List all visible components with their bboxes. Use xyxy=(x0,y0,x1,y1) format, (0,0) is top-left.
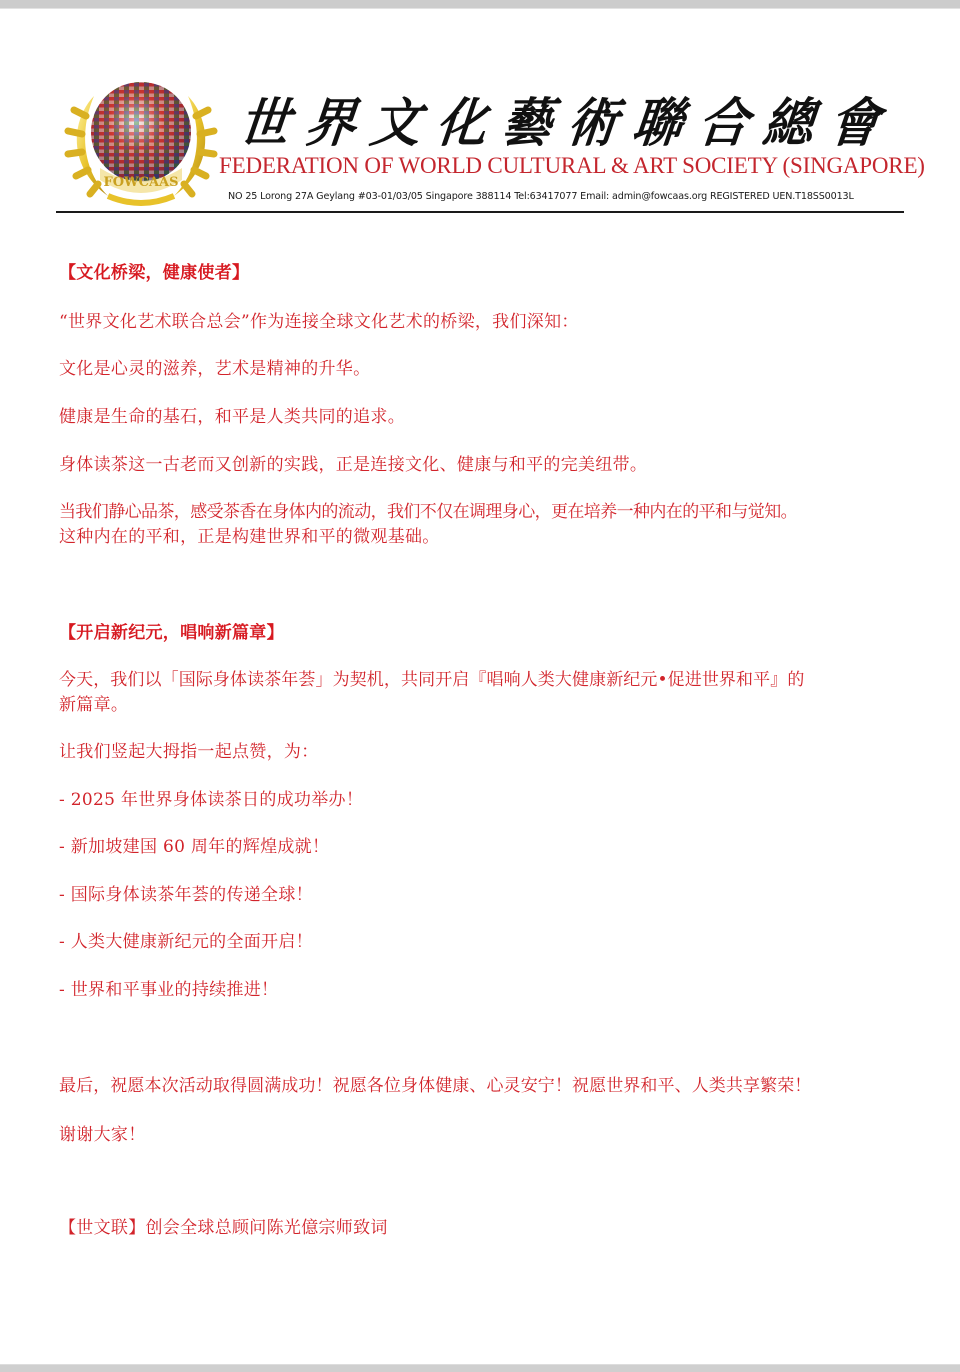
paragraph: “世界文化艺术联合总会”作为连接全球文化艺术的桥梁，我们深知： xyxy=(59,310,579,334)
section-heading-cultural-bridge: 【文化桥梁，健康使者】 xyxy=(59,261,249,285)
chinese-org-name: 世 界 文 化 藝 術 聯 合 總 會 xyxy=(240,86,880,152)
fowcaas-logo: FOWCAAS xyxy=(64,76,218,210)
org-tag: 【世文联】 xyxy=(59,1218,146,1238)
bottom-scroll-edge xyxy=(0,1364,960,1372)
paragraph: 身体读茶这一古老而又创新的实践，正是连接文化、健康与和平的完美纽带。 xyxy=(59,453,647,477)
paragraph: 文化是心灵的滋养，艺术是精神的升华。 xyxy=(59,357,370,381)
globe-wreath-icon: FOWCAAS xyxy=(64,76,218,210)
english-org-name: FEDERATION OF WORLD CULTURAL & ART SOCIE… xyxy=(219,153,899,179)
address-line: NO 25 Lorong 27A Geylang #03-01/03/05 Si… xyxy=(228,191,854,202)
paragraph: 让我们竖起大拇指一起点赞，为： xyxy=(59,740,319,764)
paragraph: 健康是生命的基石，和平是人类共同的追求。 xyxy=(59,405,405,429)
list-item: - 新加坡建国 60 周年的辉煌成就！ xyxy=(59,835,329,859)
letterhead-divider xyxy=(56,211,904,213)
svg-text:FOWCAAS: FOWCAAS xyxy=(103,175,178,190)
paragraph: 新篇章。 xyxy=(59,693,128,717)
list-item: - 2025 年世界身体读茶日的成功举办！ xyxy=(59,788,363,812)
list-item: - 世界和平事业的持续推进！ xyxy=(59,978,278,1002)
paragraph: 今天，我们以「国际身体读茶年荟」为契机，共同开启『唱响人类大健康新纪元•促进世界… xyxy=(59,668,804,692)
closing-wishes: 最后，祝愿本次活动取得圆满成功！祝愿各位身体健康、心灵安宁！祝愿世界和平、人类共… xyxy=(59,1074,811,1098)
signature-line: 【世文联】创会全球总顾问陈光億宗师致词 xyxy=(59,1216,388,1240)
section-heading-new-era: 【开启新纪元，唱响新篇章】 xyxy=(59,621,284,645)
list-item: - 国际身体读茶年荟的传递全球！ xyxy=(59,883,313,907)
top-scroll-edge xyxy=(0,0,960,9)
paragraph: 当我们静心品茶，感受茶香在身体内的流动，我们不仅在调理身心，更在培养一种内在的平… xyxy=(59,500,797,524)
list-item: - 人类大健康新纪元的全面开启！ xyxy=(59,930,313,954)
closing-thanks: 谢谢大家！ xyxy=(59,1123,146,1147)
signature-text: 创会全球总顾问陈光億宗师致词 xyxy=(146,1218,388,1238)
paragraph: 这种内在的平和，正是构建世界和平的微观基础。 xyxy=(59,525,440,549)
